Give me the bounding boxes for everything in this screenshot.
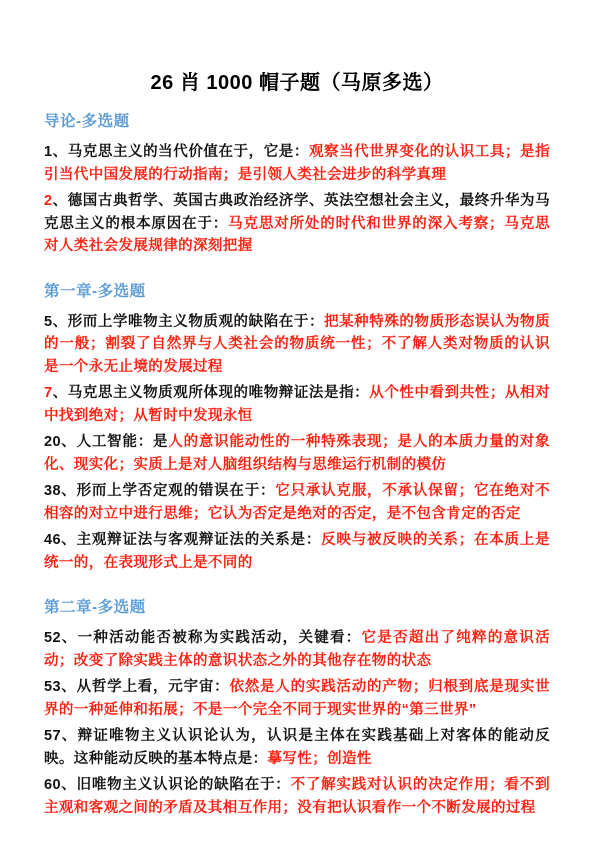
question-paragraph: 2、德国古典哲学、英国古典政治经济学、英法空想社会主义，最终升华为马克思主义的根… [44,190,550,258]
question-text-segment: 5、形而上学唯物主义物质观的缺陷在于： [44,314,324,330]
sections: 导论-多选题1、马克思主义的当代价值在于，它是：观察当代世界变化的认识工具；是指… [44,112,550,819]
question-paragraph: 20、人工智能：是人的意识能动性的一种特殊表现；是人的本质力量的对象化、现实化；… [44,431,550,476]
question-paragraph: 5、形而上学唯物主义物质观的缺陷在于：把某种特殊的物质形态误认为物质的一般；割裂… [44,311,550,379]
question-paragraph: 38、形而上学否定观的错误在于：它只承认克服，不承认保留；它在绝对不相容的对立中… [44,480,550,525]
question-paragraph: 57、辩证唯物主义认识论认为，认识是主体在实践基础上对客体的能动反映。这种能动反… [44,725,550,770]
section-heading: 导论-多选题 [44,112,550,132]
question-paragraph: 46、主观辩证法与客观辩证法的关系是：反映与被反映的关系；在本质上是统一的，在表… [44,529,550,574]
question-paragraph: 60、旧唯物主义认识论的缺陷在于：不了解实践对认识的决定作用；看不到主观和客观之… [44,774,550,819]
question-text-segment: 38、形而上学否定观的错误在于： [44,483,275,499]
question-text-segment: 20、人工智能：是 [44,434,168,450]
section-heading: 第二章-多选题 [44,598,550,618]
section-heading: 第一章-多选题 [44,282,550,302]
question-paragraph: 1、马克思主义的当代价值在于，它是：观察当代世界变化的认识工具；是指引当代中国发… [44,141,550,186]
question-paragraph: 53、从哲学上看，元宇宙：依然是人的实践活动的产物；归根到底是现实世界的一种延伸… [44,676,550,721]
document-title: 26 肖 1000 帽子题（马原多选） [44,70,550,96]
question-text-segment: 46、主观辩证法与客观辩证法的关系是： [44,532,321,548]
question-paragraph: 52、一种活动能否被称为实践活动，关键看：它是否超出了纯粹的意识活动；改变了除实… [44,627,550,672]
question-text-segment: 53、从哲学上看，元宇宙： [44,679,229,695]
section: 第一章-多选题5、形而上学唯物主义物质观的缺陷在于：把某种特殊的物质形态误认为物… [44,282,550,575]
question-text-segment: 60、旧唯物主义认识论的缺陷在于： [44,777,291,793]
document-page: 26 肖 1000 帽子题（马原多选） 导论-多选题1、马克思主义的当代价值在于… [0,0,596,842]
question-paragraph: 7、马克思主义物质观所体现的唯物辩证法是指：从个性中看到共性；从相对中找到绝对；… [44,382,550,427]
answer-text-segment: 摹写性；创造性 [268,751,372,767]
section: 导论-多选题1、马克思主义的当代价值在于，它是：观察当代世界变化的认识工具；是指… [44,112,550,258]
question-text-segment: 52、一种活动能否被称为实践活动，关键看： [44,630,362,646]
question-text-segment: 1、马克思主义的当代价值在于，它是： [44,144,309,160]
question-text-segment: 、马克思主义物质观所体现的唯物辩证法是指： [52,385,369,401]
section: 第二章-多选题52、一种活动能否被称为实践活动，关键看：它是否超出了纯粹的意识活… [44,598,550,819]
